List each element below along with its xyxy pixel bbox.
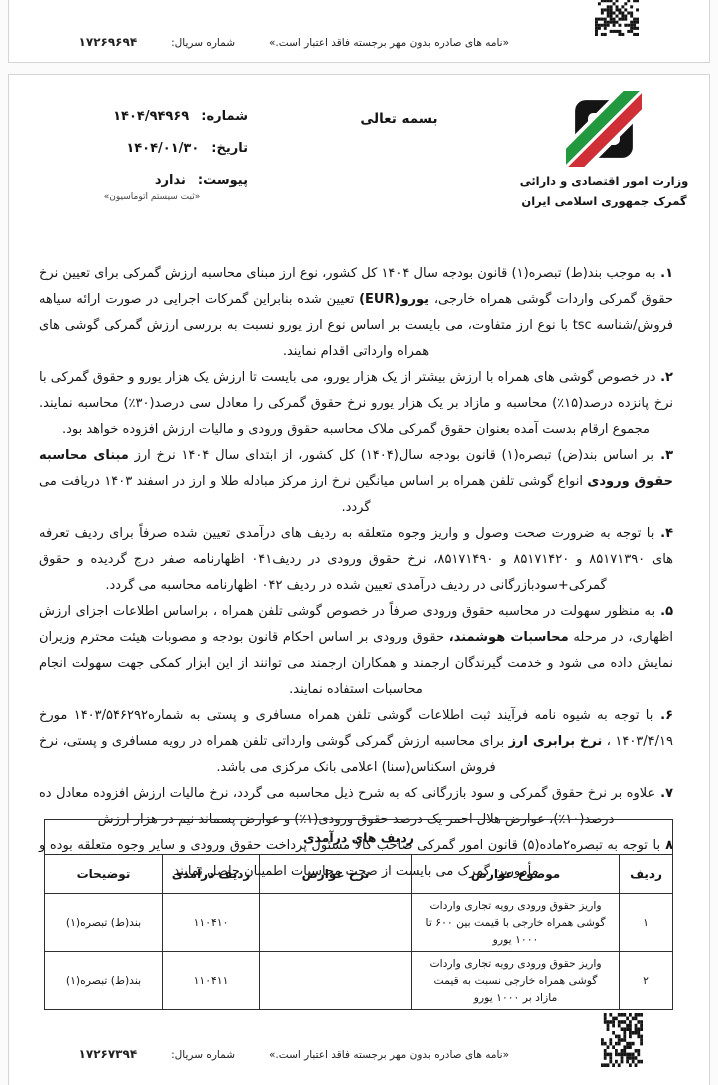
date-value: ۱۴۰۴/۰۱/۳۰	[126, 141, 199, 156]
org-name-line2: گمرک جمهوری اسلامی ایران	[519, 191, 689, 211]
letter-meta: شماره: ۱۴۰۴/۹۴۹۶۹ تاریخ: ۱۴۰۴/۰۱/۳۰ پیوس…	[56, 109, 248, 202]
date-label: تاریخ:	[211, 141, 248, 156]
rate-cell	[260, 894, 412, 952]
subject-cell: واریز حقوق ورودی رویه تجاری واردات گوشی …	[412, 894, 620, 952]
serial-value: ۱۷۲۶۹۶۹۴	[79, 35, 138, 49]
validity-note: «نامه های صادره بدون مهر برجسته فاقد اعت…	[269, 1049, 509, 1061]
main-page: وزارت امور اقتصادی و دارائی گمرک جمهوری …	[8, 74, 710, 1077]
letterhead: وزارت امور اقتصادی و دارائی گمرک جمهوری …	[519, 91, 689, 211]
serial-label: شماره سریال:	[171, 1049, 235, 1061]
column-header: توضیحات	[44, 855, 162, 894]
number-label: شماره:	[201, 109, 248, 124]
bottom-qr-code	[601, 1013, 643, 1067]
top-qr-code	[595, 0, 639, 36]
attachment-value: ندارد	[155, 173, 186, 188]
previous-page-footer: «نامه های صادره بدون مهر برجسته فاقد اعت…	[48, 35, 509, 49]
customs-logo-icon	[566, 91, 642, 167]
validity-note: «نامه های صادره بدون مهر برجسته فاقد اعت…	[269, 37, 509, 49]
table-row: ۲واریز حقوق ورودی رویه تجاری واردات گوشی…	[44, 952, 672, 1010]
column-header: ردیف	[620, 855, 673, 894]
body-paragraphs: ۱. به موجب بند(ط) تبصره(۱) قانون بودجه س…	[39, 261, 673, 885]
revenue-table-header-row: ردیفموضوع عوارضنرخ عوارضردیف درآمدیتوضیح…	[44, 855, 672, 894]
attachment-label: پیوست:	[198, 173, 248, 188]
paragraph: ۳. بر اساس بند(ض) تبصره(۱) قانون بودجه س…	[39, 443, 673, 521]
revenue-table: ردیف های درآمدی ردیفموضوع عوارضنرخ عوارض…	[45, 819, 673, 1010]
paragraph: ۵. به منظور سهولت در محاسبه حقوق ورودی ص…	[39, 599, 673, 703]
subject-cell: واریز حقوق ورودی رویه تجاری واردات گوشی …	[412, 952, 620, 1010]
serial-value: ۱۷۲۶۷۳۹۴	[79, 1047, 138, 1061]
automation-note: «ثبت سیستم اتوماسیون»	[56, 192, 248, 202]
paragraph: ۴. با توجه به ضرورت صحت وصول و واریز وجو…	[39, 521, 673, 599]
revenue-table-body: ۱واریز حقوق ورودی رویه تجاری واردات گوشی…	[44, 894, 672, 1010]
org-name-line1: وزارت امور اقتصادی و دارائی	[519, 171, 689, 191]
revenue-row-cell: ۱۱۰۴۱۱	[163, 952, 260, 1010]
letter-number-row: شماره: ۱۴۰۴/۹۴۹۶۹	[56, 109, 248, 124]
column-header: موضوع عوارض	[412, 855, 620, 894]
table-row: ۱واریز حقوق ورودی رویه تجاری واردات گوشی…	[44, 894, 672, 952]
previous-page: «نامه های صادره بدون مهر برجسته فاقد اعت…	[8, 0, 710, 63]
revenue-row-cell: ۱۱۰۴۱۰	[163, 894, 260, 952]
table-title: ردیف های درآمدی	[44, 820, 672, 855]
paragraph: ۱. به موجب بند(ط) تبصره(۱) قانون بودجه س…	[39, 261, 673, 365]
row-number-cell: ۱	[620, 894, 673, 952]
row-number-cell: ۲	[620, 952, 673, 1010]
besmele-text: بسمه تعالی	[309, 111, 489, 127]
letter-date-row: تاریخ: ۱۴۰۴/۰۱/۳۰	[56, 141, 248, 156]
column-header: نرخ عوارض	[260, 855, 412, 894]
column-header: ردیف درآمدی	[163, 855, 260, 894]
serial-label: شماره سریال:	[171, 37, 235, 49]
paragraph: ۶. با توجه به شیوه نامه فرآیند ثبت اطلاع…	[39, 703, 673, 781]
notes-cell: بند(ط) تبصره(۱)	[44, 952, 162, 1010]
rate-cell	[260, 952, 412, 1010]
attachment-row: پیوست: ندارد	[56, 173, 248, 188]
main-page-footer: «نامه های صادره بدون مهر برجسته فاقد اعت…	[48, 1047, 509, 1061]
notes-cell: بند(ط) تبصره(۱)	[44, 894, 162, 952]
number-value: ۱۴۰۴/۹۴۹۶۹	[113, 109, 189, 124]
paragraph: ۲. در خصوص گوشی های همراه با ارزش بیشتر …	[39, 365, 673, 443]
